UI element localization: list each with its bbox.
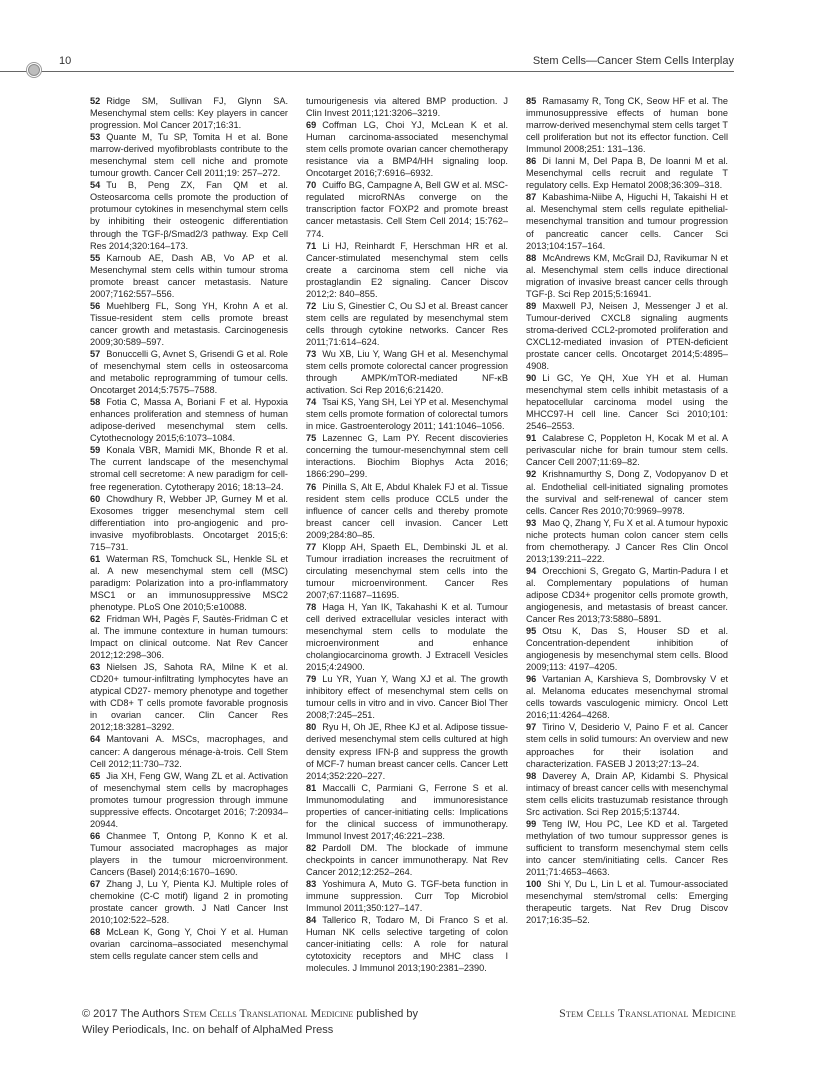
reference-number: 61 (90, 554, 100, 564)
reference-number: 55 (90, 253, 100, 263)
reference-text: Fotia C, Massa A, Boriani F et al. Hypox… (90, 397, 288, 443)
reference-text: Mantovani A. MSCs, macrophages, and canc… (90, 734, 288, 768)
reference-entry: 69Coffman LG, Choi YJ, McLean K et al. H… (306, 119, 508, 179)
reference-list: 52Ridge SM, Sullivan FJ, Glynn SA. Mesen… (90, 95, 730, 974)
reference-text: Chowdhury R, Webber JP, Gurney M et al. … (90, 494, 288, 552)
reference-entry: 62Fridman WH, Pagès F, Sautès-Fridman C … (90, 613, 288, 661)
reference-entry: 81Maccalli C, Parmiani G, Ferrone S et a… (306, 782, 508, 842)
reference-number: 79 (306, 674, 316, 684)
reference-number: 95 (526, 626, 536, 636)
reference-text: Di Ianni M, Del Papa B, De Ioanni M et a… (526, 156, 728, 190)
reference-text: Wu XB, Liu Y, Wang GH et al. Mesenchymal… (306, 349, 508, 395)
reference-text: Karnoub AE, Dash AB, Vo AP et al. Mesenc… (90, 253, 288, 299)
reference-number: 90 (526, 373, 536, 383)
reference-entry: 85Ramasamy R, Tong CK, Seow HF et al. Th… (526, 95, 728, 155)
reference-text: Konala VBR, Mamidi MK, Bhonde R et al. T… (90, 445, 288, 491)
reference-number: 60 (90, 494, 100, 504)
publisher-line: Wiley Periodicals, Inc. on behalf of Alp… (82, 1024, 333, 1036)
reference-number: 89 (526, 301, 536, 311)
reference-entry: 97Tirino V, Desiderio V, Paino F et al. … (526, 721, 728, 769)
reference-entry: 96Vartanian A, Karshieva S, Dombrovsky V… (526, 673, 728, 721)
reference-entry: 87Kabashima-Niibe A, Higuchi H, Takaishi… (526, 191, 728, 251)
reference-entry: 60Chowdhury R, Webber JP, Gurney M et al… (90, 493, 288, 553)
reference-entry: 98Daverey A, Drain AP, Kidambi S. Physic… (526, 770, 728, 818)
reference-number: 87 (526, 192, 536, 202)
reference-entry: 68McLean K, Gong Y, Choi Y et al. Human … (90, 926, 288, 962)
copyright-prefix: © 2017 The Authors (82, 1008, 183, 1020)
reference-text: Cuiffo BG, Campagne A, Bell GW et al. MS… (306, 180, 508, 238)
reference-number: 97 (526, 722, 536, 732)
reference-entry: 78Haga H, Yan IK, Takahashi K et al. Tum… (306, 601, 508, 673)
reference-number: 62 (90, 614, 100, 624)
reference-entry: 54Tu B, Peng ZX, Fan QM et al. Osteosarc… (90, 179, 288, 251)
reference-number: 54 (90, 180, 100, 190)
reference-text: Ramasamy R, Tong CK, Seow HF et al. The … (526, 96, 728, 154)
reference-text: Ryu H, Oh JE, Rhee KJ et al. Adipose tis… (306, 722, 508, 780)
reference-number: 92 (526, 469, 536, 479)
reference-text: McAndrews KM, McGrail DJ, Ravikumar N et… (526, 253, 728, 299)
reference-text: Jia XH, Feng GW, Wang ZL et al. Activati… (90, 771, 288, 829)
reference-entry: 57Bonuccelli G, Avnet S, Grisendi G et a… (90, 348, 288, 396)
reference-text: Tirino V, Desiderio V, Paino F et al. Ca… (526, 722, 728, 768)
reference-number: 86 (526, 156, 536, 166)
header-rule (0, 71, 734, 72)
reference-entry: 91Calabrese C, Poppleton H, Kocak M et a… (526, 432, 728, 468)
reference-text: Fridman WH, Pagès F, Sautès-Fridman C et… (90, 614, 288, 660)
reference-text: Klopp AH, Spaeth EL, Dembinski JL et al.… (306, 542, 508, 600)
reference-entry: 84Tallerico R, Todaro M, Di Franco S et … (306, 914, 508, 974)
reference-number: 84 (306, 915, 316, 925)
reference-entry: 74Tsai KS, Yang SH, Lei YP et al. Mesenc… (306, 396, 508, 432)
reference-number: 59 (90, 445, 100, 455)
reference-text: Tsai KS, Yang SH, Lei YP et al. Mesenchy… (306, 397, 508, 431)
reference-number: 80 (306, 722, 316, 732)
reference-entry: 92Krishnamurthy S, Dong Z, Vodopyanov D … (526, 468, 728, 516)
reference-number: 78 (306, 602, 316, 612)
reference-number: 91 (526, 433, 536, 443)
reference-number: 64 (90, 734, 100, 744)
reference-entry: 82Pardoll DM. The blockade of immune che… (306, 842, 508, 878)
reference-number: 58 (90, 397, 100, 407)
reference-number: 65 (90, 771, 100, 781)
reference-entry: 77Klopp AH, Spaeth EL, Dembinski JL et a… (306, 541, 508, 601)
reference-entry: 80Ryu H, Oh JE, Rhee KJ et al. Adipose t… (306, 721, 508, 781)
reference-number: 74 (306, 397, 316, 407)
running-title: Stem Cells—Cancer Stem Cells Interplay (533, 55, 734, 67)
reference-number: 66 (90, 831, 100, 841)
reference-text: Liu S, Ginestier C, Ou SJ et al. Breast … (306, 301, 508, 347)
reference-entry: 58Fotia C, Massa A, Boriani F et al. Hyp… (90, 396, 288, 444)
reference-text: Muehlberg FL, Song YH, Krohn A et al. Ti… (90, 301, 288, 347)
reference-entry: 53Quante M, Tu SP, Tomita H et al. Bone … (90, 131, 288, 179)
reference-number: 93 (526, 518, 536, 528)
reference-entry: 76Pinilla S, Alt E, Abdul Khalek FJ et a… (306, 481, 508, 541)
reference-entry: 59Konala VBR, Mamidi MK, Bhonde R et al.… (90, 444, 288, 492)
reference-number: 100 (526, 879, 541, 889)
reference-number: 88 (526, 253, 536, 263)
reference-text: Otsu K, Das S, Houser SD et al. Concentr… (526, 626, 728, 672)
reference-number: 69 (306, 120, 316, 130)
reference-entry: 79Lu YR, Yuan Y, Wang XJ et al. The grow… (306, 673, 508, 721)
reference-text: Calabrese C, Poppleton H, Kocak M et al.… (526, 433, 728, 467)
reference-number: 75 (306, 433, 316, 443)
reference-entry: 65Jia XH, Feng GW, Wang ZL et al. Activa… (90, 770, 288, 830)
reference-text: Maxwell PJ, Neisen J, Messenger J et al.… (526, 301, 728, 371)
reference-entry: 95Otsu K, Das S, Houser SD et al. Concen… (526, 625, 728, 673)
reference-number: 56 (90, 301, 100, 311)
reference-entry: 73Wu XB, Liu Y, Wang GH et al. Mesenchym… (306, 348, 508, 396)
reference-text: Mao Q, Zhang Y, Fu X et al. A tumour hyp… (526, 518, 728, 564)
reference-text: Krishnamurthy S, Dong Z, Vodopyanov D et… (526, 469, 728, 515)
reference-number: 81 (306, 783, 316, 793)
reference-text: Teng IW, Hou PC, Lee KD et al. Targeted … (526, 819, 728, 877)
reference-text: Pardoll DM. The blockade of immune check… (306, 843, 508, 877)
reference-entry: 99Teng IW, Hou PC, Lee KD et al. Targete… (526, 818, 728, 878)
reference-text: Vartanian A, Karshieva S, Dombrovsky V e… (526, 674, 728, 720)
reference-text: Yoshimura A, Muto G. TGF-beta function i… (306, 879, 508, 913)
reference-text: Waterman RS, Tomchuck SL, Henkle SL et a… (90, 554, 288, 612)
reference-number: 68 (90, 927, 100, 937)
reference-entry: 100Shi Y, Du L, Lin L et al. Tumour-asso… (526, 878, 728, 926)
reference-entry: 52Ridge SM, Sullivan FJ, Glynn SA. Mesen… (90, 95, 288, 131)
reference-number: 98 (526, 771, 536, 781)
reference-entry: 66Chanmee T, Ontong P, Konno K et al. Tu… (90, 830, 288, 878)
reference-text: Ridge SM, Sullivan FJ, Glynn SA. Mesench… (90, 96, 288, 130)
reference-entry: 83Yoshimura A, Muto G. TGF-beta function… (306, 878, 508, 914)
reference-text: Bonuccelli G, Avnet S, Grisendi G et al.… (90, 349, 288, 395)
reference-entry: 90Li GC, Ye QH, Xue YH et al. Human mese… (526, 372, 728, 432)
reference-text: Shi Y, Du L, Lin L et al. Tumour-associa… (526, 879, 728, 925)
header-circle-icon (28, 64, 40, 76)
reference-text: tumourigenesis via altered BMP productio… (306, 96, 508, 118)
reference-entry: 72Liu S, Ginestier C, Ou SJ et al. Breas… (306, 300, 508, 348)
reference-text: Kabashima-Niibe A, Higuchi H, Takaishi H… (526, 192, 728, 250)
reference-text: Quante M, Tu SP, Tomita H et al. Bone ma… (90, 132, 288, 178)
page-number: 10 (59, 55, 71, 67)
reference-number: 52 (90, 96, 100, 106)
reference-number: 99 (526, 819, 536, 829)
reference-entry: 56Muehlberg FL, Song YH, Krohn A et al. … (90, 300, 288, 348)
reference-text: Haga H, Yan IK, Takahashi K et al. Tumou… (306, 602, 508, 672)
reference-text: McLean K, Gong Y, Choi Y et al. Human ov… (90, 927, 288, 961)
reference-column-1: 52Ridge SM, Sullivan FJ, Glynn SA. Mesen… (90, 95, 288, 974)
reference-entry: 55Karnoub AE, Dash AB, Vo AP et al. Mese… (90, 252, 288, 300)
reference-column-3: 85Ramasamy R, Tong CK, Seow HF et al. Th… (526, 95, 728, 974)
reference-number: 82 (306, 843, 316, 853)
reference-number: 53 (90, 132, 100, 142)
reference-number: 70 (306, 180, 316, 190)
reference-number: 85 (526, 96, 536, 106)
reference-entry: 86Di Ianni M, Del Papa B, De Ioanni M et… (526, 155, 728, 191)
reference-text: Li GC, Ye QH, Xue YH et al. Human mesenc… (526, 373, 728, 431)
reference-text: Tallerico R, Todaro M, Di Franco S et al… (306, 915, 508, 973)
reference-entry: 67Zhang J, Lu Y, Pienta KJ. Multiple rol… (90, 878, 288, 926)
reference-entry: 63Nielsen JS, Sahota RA, Milne K et al. … (90, 661, 288, 733)
reference-text: Maccalli C, Parmiani G, Ferrone S et al.… (306, 783, 508, 841)
reference-text: Lazennec G, Lam PY. Recent discovieries … (306, 433, 508, 479)
reference-entry: 70Cuiffo BG, Campagne A, Bell GW et al. … (306, 179, 508, 239)
reference-text: Zhang J, Lu Y, Pienta KJ. Multiple roles… (90, 879, 288, 925)
reference-entry: tumourigenesis via altered BMP productio… (306, 95, 508, 119)
reference-entry: 71Li HJ, Reinhardt F, Herschman HR et al… (306, 240, 508, 300)
reference-number: 67 (90, 879, 100, 889)
reference-number: 94 (526, 566, 536, 576)
reference-text: Chanmee T, Ontong P, Konno K et al. Tumo… (90, 831, 288, 877)
reference-number: 63 (90, 662, 100, 672)
reference-text: Nielsen JS, Sahota RA, Milne K et al. CD… (90, 662, 288, 732)
reference-number: 71 (306, 241, 316, 251)
reference-entry: 88McAndrews KM, McGrail DJ, Ravikumar N … (526, 252, 728, 300)
reference-entry: 61Waterman RS, Tomchuck SL, Henkle SL et… (90, 553, 288, 613)
reference-entry: 93Mao Q, Zhang Y, Fu X et al. A tumour h… (526, 517, 728, 565)
reference-number: 73 (306, 349, 316, 359)
reference-entry: 94Orecchioni S, Gregato G, Martin-Padura… (526, 565, 728, 625)
copyright-suffix: published by (353, 1008, 418, 1020)
reference-text: Lu YR, Yuan Y, Wang XJ et al. The growth… (306, 674, 508, 720)
reference-entry: 75Lazennec G, Lam PY. Recent discovierie… (306, 432, 508, 480)
reference-text: Daverey A, Drain AP, Kidambi S. Physical… (526, 771, 728, 817)
reference-number: 57 (90, 349, 100, 359)
reference-text: Orecchioni S, Gregato G, Martin-Padura I… (526, 566, 728, 624)
journal-name-footer: Stem Cells Translational Medicine (559, 1005, 736, 1021)
reference-entry: 64Mantovani A. MSCs, macrophages, and ca… (90, 733, 288, 769)
reference-number: 96 (526, 674, 536, 684)
reference-number: 83 (306, 879, 316, 889)
reference-number: 72 (306, 301, 316, 311)
journal-name-inline: Stem Cells Translational Medicine (183, 1006, 353, 1020)
reference-number: 77 (306, 542, 316, 552)
reference-text: Li HJ, Reinhardt F, Herschman HR et al. … (306, 241, 508, 299)
reference-text: Tu B, Peng ZX, Fan QM et al. Osteosarcom… (90, 180, 288, 250)
reference-text: Coffman LG, Choi YJ, McLean K et al. Hum… (306, 120, 508, 178)
reference-entry: 89Maxwell PJ, Neisen J, Messenger J et a… (526, 300, 728, 372)
reference-column-2: tumourigenesis via altered BMP productio… (306, 95, 508, 974)
reference-number: 76 (306, 482, 316, 492)
copyright-notice: © 2017 The Authors Stem Cells Translatio… (82, 1005, 502, 1038)
reference-text: Pinilla S, Alt E, Abdul Khalek FJ et al.… (306, 482, 508, 540)
